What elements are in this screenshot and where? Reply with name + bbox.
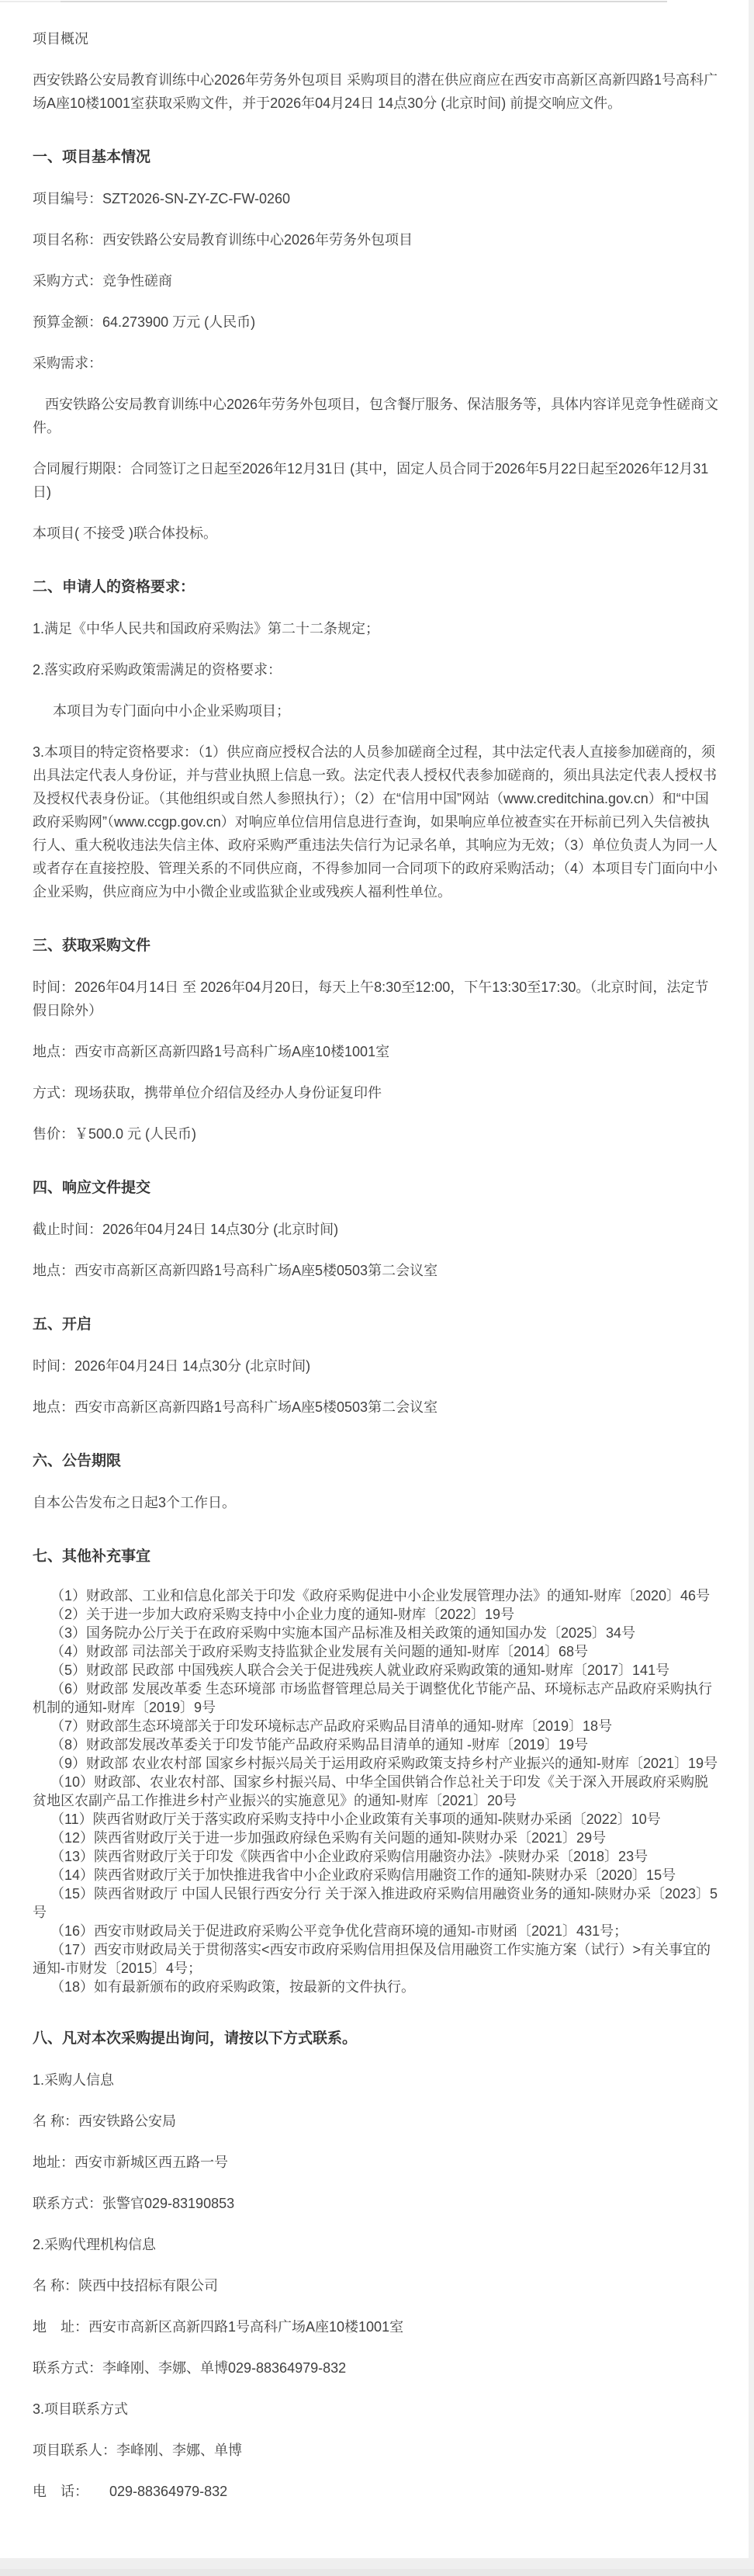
section-3-heading: 三、获取采购文件 — [33, 934, 721, 958]
document-price: 售价：￥500.0 元 (人民币) — [33, 1122, 721, 1146]
procurement-demand-label: 采购需求： — [33, 352, 721, 375]
policy-item-2: （2）关于进一步加大政府采购支持中小企业力度的通知-财库〔2022〕19号 — [33, 1605, 721, 1624]
policy-item-8: （8）财政部发展改革委关于印发节能产品政府采购品目清单的通知 -财库〔2019〕… — [33, 1735, 721, 1754]
section-4-heading: 四、响应文件提交 — [33, 1177, 721, 1200]
top-border-faint-segment — [0, 1, 61, 2]
document-obtain-location: 地点：西安市高新区高新四路1号高科广场A座10楼1001室 — [33, 1040, 721, 1063]
policy-item-5: （5）财政部 民政部 中国残疾人联合会关于促进残疾人就业政府采购政策的通知-财库… — [33, 1661, 721, 1680]
policy-item-4: （4）财政部 司法部关于政府采购支持监狱企业发展有关问题的通知-财库〔2014〕… — [33, 1642, 721, 1661]
agency-name: 名 称：陕西中技招标有限公司 — [33, 2274, 721, 2297]
policy-item-9: （9）财政部 农业农村部 国家乡村振兴局关于运用政府采购政策支持乡村产业振兴的通… — [33, 1754, 721, 1773]
agency-address: 地 址：西安市高新区高新四路1号高科广场A座10楼1001室 — [33, 2315, 721, 2339]
policy-item-18: （18）如有最新颁布的政府采购政策，按最新的文件执行。 — [33, 1978, 721, 1996]
policy-item-3: （3）国务院办公厅关于在政府采购中实施本国产品标准及相关政策的通知国办发〔202… — [33, 1624, 721, 1642]
policy-item-1: （1）财政部、工业和信息化部关于印发《政府采购促进中小企业发展管理办法》的通知-… — [33, 1586, 721, 1605]
project-contact-persons: 项目联系人：李峰刚、李娜、单博 — [33, 2439, 721, 2462]
overview-label: 项目概况 — [33, 27, 721, 50]
policy-item-13: （13）陕西省财政厅关于印发《陕西省中小企业政府采购信用融资办法》-陕财办采〔2… — [33, 1847, 721, 1866]
policy-item-17: （17）西安市财政局关于贯彻落实<西安市政府采购信用担保及信用融资工作实施方案（… — [33, 1940, 721, 1978]
document-obtain-time: 时间：2026年04月14日 至 2026年04月20日，每天上午8:30至12… — [33, 976, 721, 1022]
response-location: 地点：西安市高新区高新四路1号高科广场A座5楼0503第二会议室 — [33, 1259, 721, 1282]
opening-time: 时间：2026年04月24日 14点30分 (北京时间) — [33, 1354, 721, 1378]
section-8-heading: 八、凡对本次采购提出询问，请按以下方式联系。 — [33, 2027, 721, 2051]
policy-item-15: （15）陕西省财政厅 中国人民银行西安分行 关于深入推进政府采购信用融资业务的通… — [33, 1884, 721, 1922]
opening-location: 地点：西安市高新区高新四路1号高科广场A座5楼0503第二会议室 — [33, 1395, 721, 1419]
announcement-period: 自本公告发布之日起3个工作日。 — [33, 1491, 721, 1514]
page-footer — [0, 2558, 754, 2576]
buyer-address: 地址：西安市新城区西五路一号 — [33, 2151, 721, 2174]
document-obtain-method: 方式：现场获取，携带单位介绍信及经办人身份证复印件 — [33, 1081, 721, 1104]
policy-item-7: （7）财政部生态环境部关于印发环境标志产品政府采购品目清单的通知-财库〔2019… — [33, 1717, 721, 1735]
joint-bid-note: 本项目( 不接受 )联合体投标。 — [33, 522, 721, 545]
policy-item-14: （14）陕西省财政厅关于加快推进我省中小企业政府采购信用融资工作的通知-陕财办采… — [33, 1866, 721, 1884]
project-name: 项目名称：西安铁路公安局教育训练中心2026年劳务外包项目 — [33, 228, 721, 251]
footer-band-light — [0, 2558, 754, 2569]
footer-band-dark — [0, 2569, 754, 2576]
response-deadline: 截止时间：2026年04月24日 14点30分 (北京时间) — [33, 1218, 721, 1241]
agency-info-title: 2.采购代理机构信息 — [33, 2233, 721, 2256]
policy-item-6: （6）财政部 发展改革委 生态环境部 市场监督管理总局关于调整优化节能产品、环境… — [33, 1680, 721, 1717]
policy-item-10: （10）财政部、农业农村部、国家乡村振兴局、中华全国供销合作总社关于印发《关于深… — [33, 1773, 721, 1810]
project-contact-title: 3.项目联系方式 — [33, 2397, 721, 2421]
qualification-item-1: 1.满足《中华人民共和国政府采购法》第二十二条规定； — [33, 617, 721, 640]
policy-item-16: （16）西安市财政局关于促进政府采购公平竞争优化营商环境的通知-市财函〔2021… — [33, 1922, 721, 1940]
project-number: 项目编号：SZT2026-SN-ZY-ZC-FW-0260 — [33, 187, 721, 210]
budget-amount: 预算金额：64.273900 万元 (人民币) — [33, 310, 721, 334]
section-2-heading: 二、申请人的资格要求： — [33, 576, 721, 599]
section-7-heading: 七、其他补充事宜 — [33, 1545, 721, 1569]
agency-contact: 联系方式：李峰刚、李娜、单博029-88364979-832 — [33, 2356, 721, 2380]
section-5-heading: 五、开启 — [33, 1313, 721, 1337]
contract-period: 合同履行期限：合同签订之日起至2026年12月31日 (其中，固定人员合同于20… — [33, 457, 721, 504]
announcement-content: 项目概况 西安铁路公安局教育训练中心2026年劳务外包项目 采购项目的潜在供应商… — [0, 0, 754, 2503]
project-contact-phone: 电 话： 029-88364979-832 — [33, 2480, 721, 2503]
qualification-item-2-sub: 本项目为专门面向中小企业采购项目； — [33, 699, 721, 723]
qualification-item-3: 3.本项目的特定资格要求：（1）供应商应授权合法的人员参加磋商全过程，其中法定代… — [33, 740, 721, 903]
section-1-heading: 一、项目基本情况 — [33, 146, 721, 169]
top-border-line — [61, 1, 667, 2]
announcement-page: 项目概况 西安铁路公安局教育训练中心2026年劳务外包项目 采购项目的潜在供应商… — [0, 0, 754, 2576]
scrollbar-track[interactable] — [749, 0, 754, 2576]
procurement-method: 采购方式：竞争性磋商 — [33, 269, 721, 293]
section-6-heading: 六、公告期限 — [33, 1450, 721, 1473]
policy-item-11: （11）陕西省财政厅关于落实政府采购支持中小企业政策有关事项的通知-陕财办采函〔… — [33, 1810, 721, 1829]
buyer-contact: 联系方式：张警官029-83190853 — [33, 2192, 721, 2215]
qualification-item-2: 2.落实政府采购政策需满足的资格要求： — [33, 658, 721, 681]
overview-intro: 西安铁路公安局教育训练中心2026年劳务外包项目 采购项目的潜在供应商应在西安市… — [33, 68, 721, 115]
buyer-info-title: 1.采购人信息 — [33, 2068, 721, 2092]
buyer-name: 名 称：西安铁路公安局 — [33, 2110, 721, 2133]
procurement-demand-text: 西安铁路公安局教育训练中心2026年劳务外包项目，包含餐厅服务、保洁服务等，具体… — [33, 393, 721, 439]
policy-item-12: （12）陕西省财政厅关于进一步加强政府绿色采购有关问题的通知-陕财办采〔2021… — [33, 1829, 721, 1847]
policy-list: （1）财政部、工业和信息化部关于印发《政府采购促进中小企业发展管理办法》的通知-… — [33, 1586, 721, 1996]
